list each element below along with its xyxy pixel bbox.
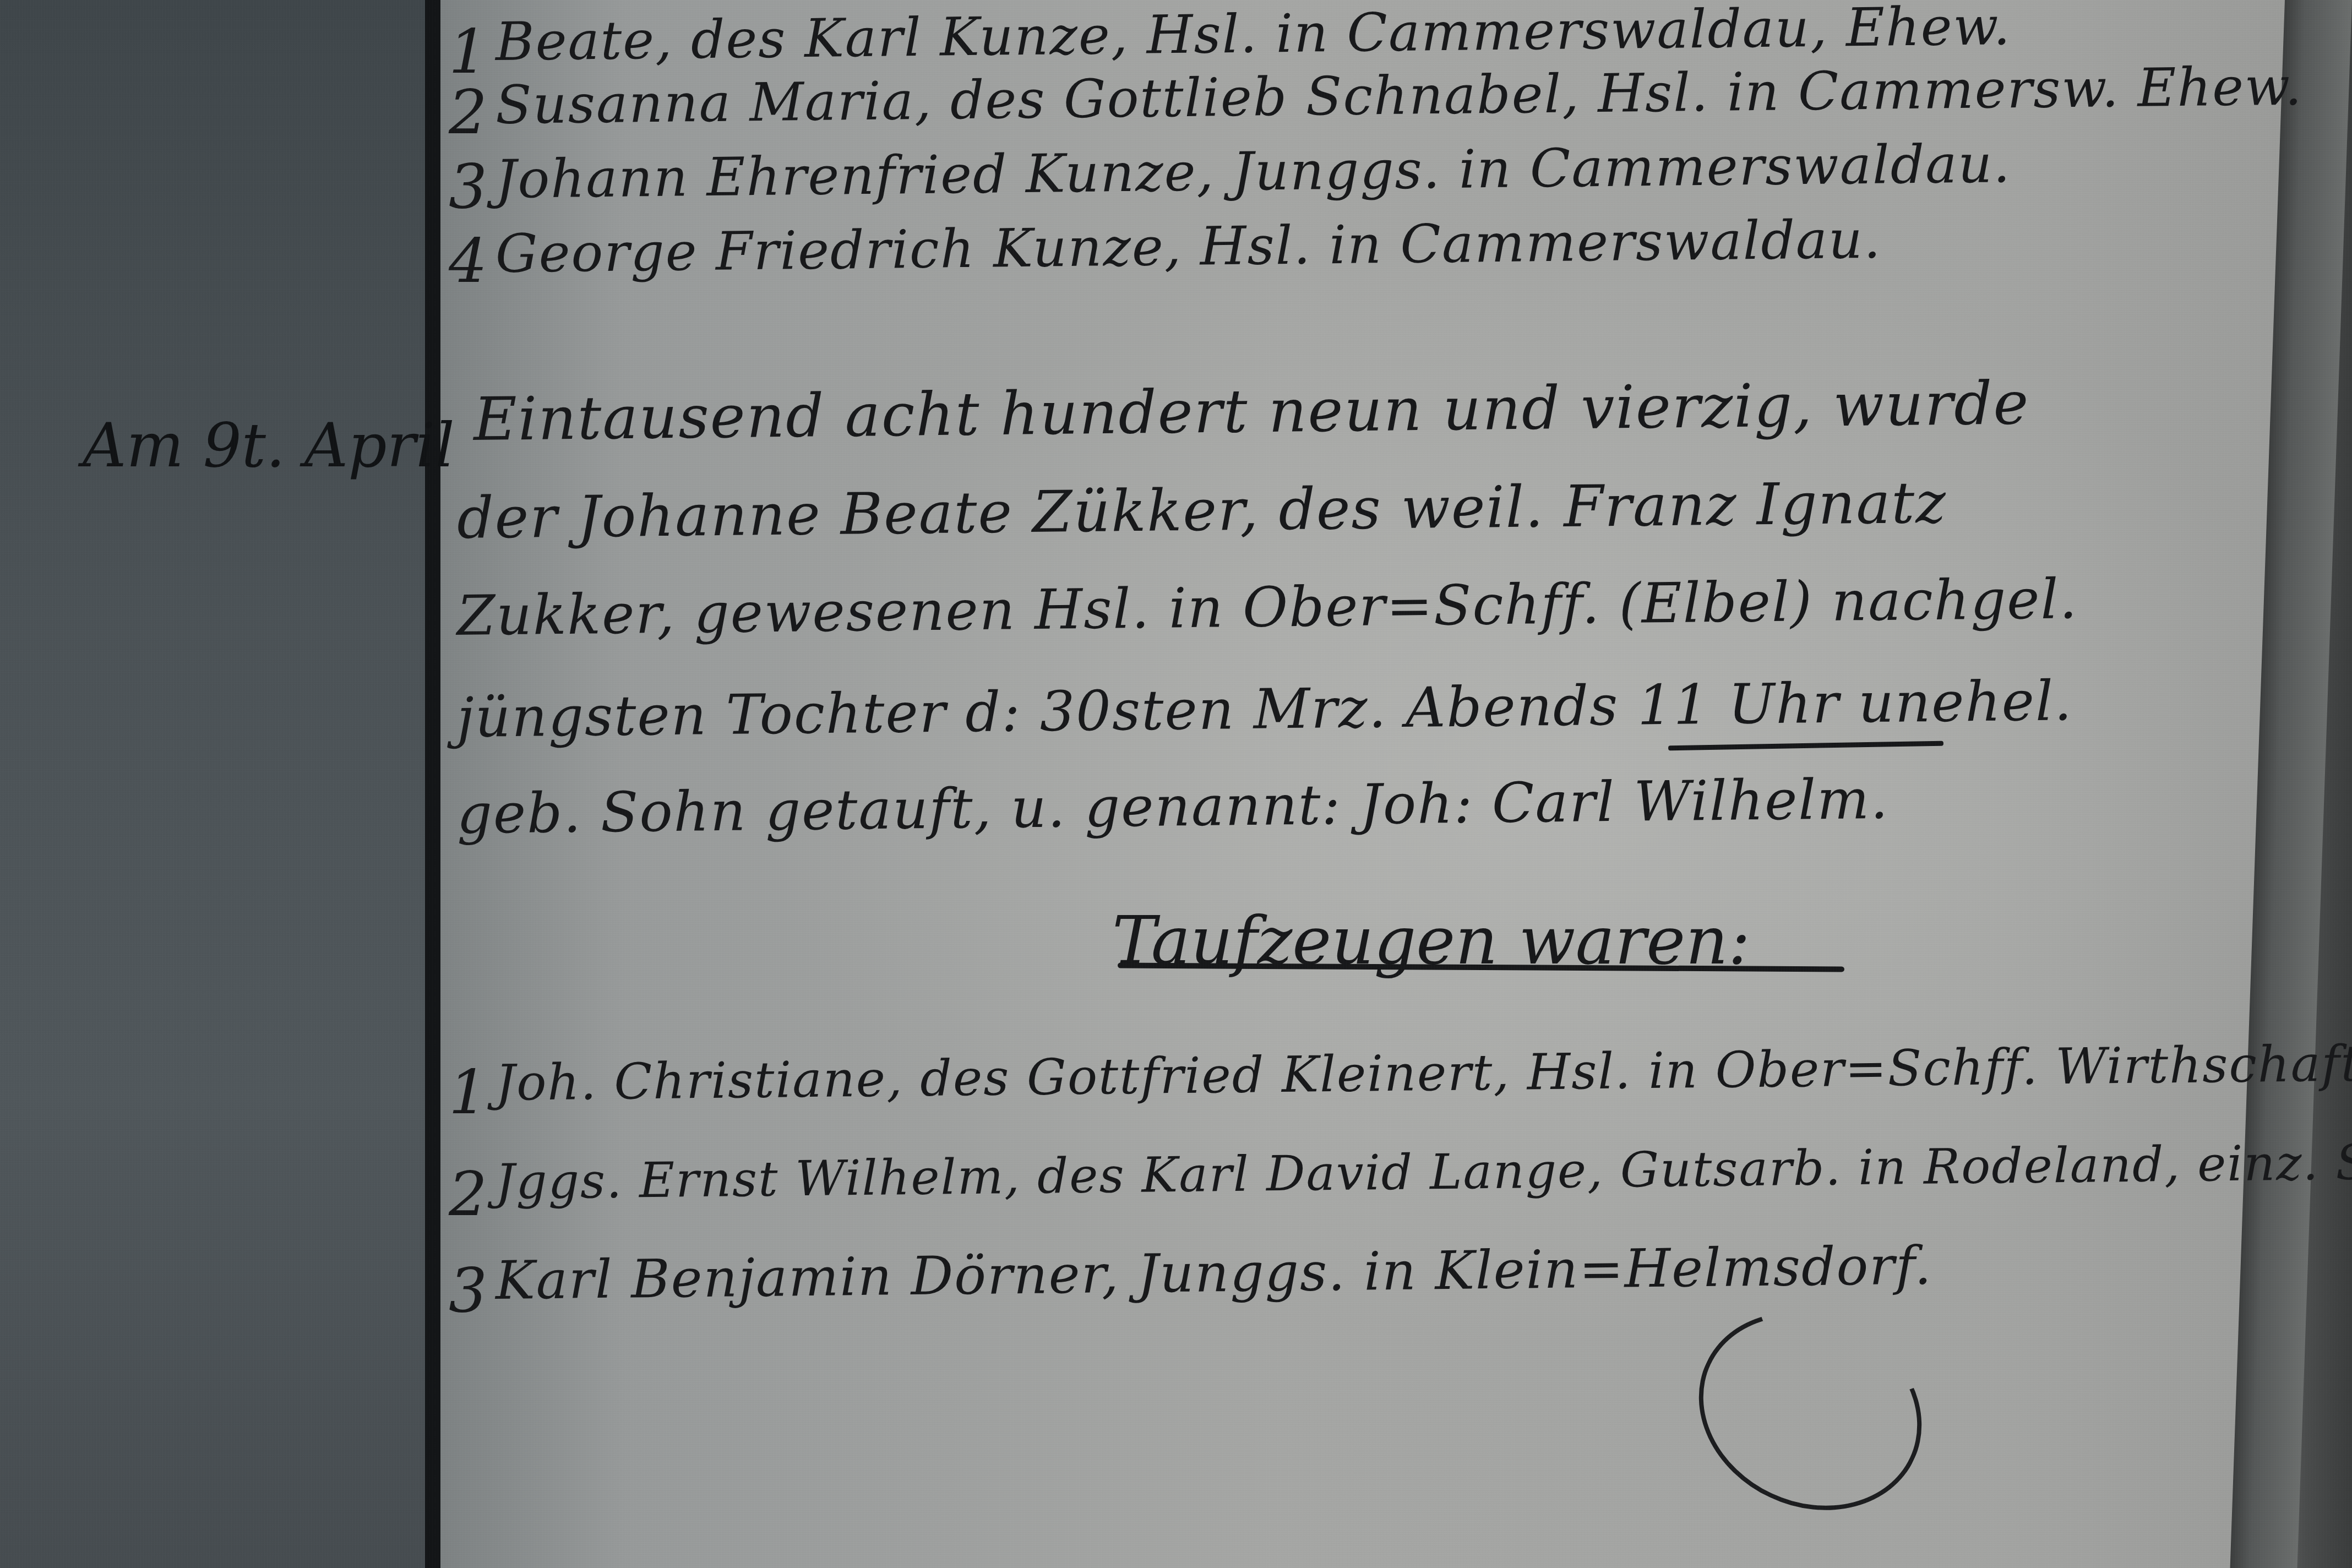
margin-rule bbox=[425, 0, 440, 1568]
margin-date: Am 9t. April bbox=[83, 410, 455, 481]
sponsor-number: 2 bbox=[449, 77, 487, 148]
sponsor-number: 2 bbox=[449, 1159, 487, 1229]
sponsor-number: 1 bbox=[449, 1057, 487, 1128]
sponsor-number: 3 bbox=[449, 151, 487, 222]
document-scan: 1 Beate, des Karl Kunze, Hsl. in Cammers… bbox=[0, 0, 2352, 1568]
sponsor-number: 1 bbox=[449, 17, 487, 87]
left-facing-page bbox=[0, 0, 427, 1568]
sponsor-number: 4 bbox=[449, 226, 487, 296]
sponsor-number: 3 bbox=[449, 1255, 487, 1326]
